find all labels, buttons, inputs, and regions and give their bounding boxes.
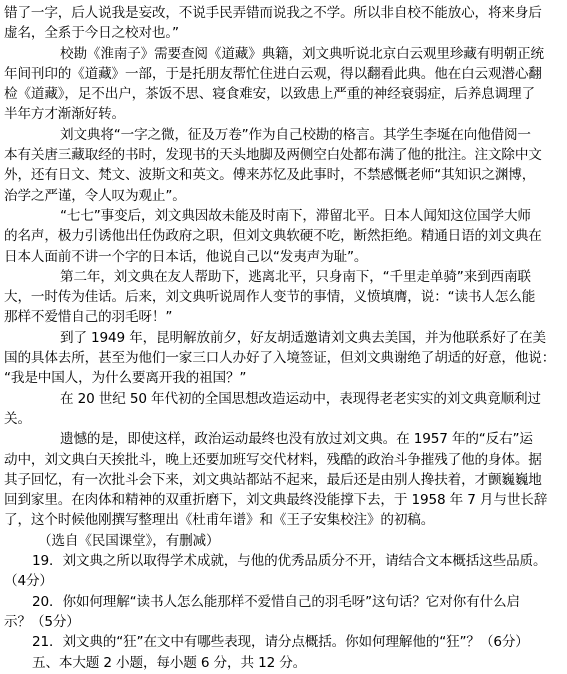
section-5-heading: 五、本大题 2 小题，每小题 6 分，共 12 分。 (4, 653, 563, 673)
passage-line: 大，一时传为佳话。后来，刘文典听说周作人变节的事情，义愤填膺，说：“读书人怎么能 (4, 287, 563, 307)
paragraph-start: 刘文典将“一字之微，征及万卷”作为自己校勘的格言。其学生李埏在向他借阅一 (4, 125, 563, 145)
passage-line: 虚名，全系于今日之校对也。” (4, 23, 563, 43)
question-19-score: （4分） (4, 571, 563, 591)
paragraph-start: 第二年，刘文典在友人帮助下，逃离北平，只身南下，“千里走单骑”来到西南联 (4, 267, 563, 287)
passage-line: 年间刊印的《道藏》一部，于是托朋友帮忙住进白云观，得以翻看此典。他在白云观潜心翻 (4, 64, 563, 84)
passage-line: 的名声，极力引诱他出任伪政府之职，但刘文典软硬不吃，断然拒绝。精通日语的刘文典在 (4, 226, 563, 246)
paragraph-start: 遗憾的是，即使这样，政治运动最终也没有放过刘文典。在 1957 年的“反右”运 (4, 429, 563, 449)
question-20: 20．你如何理解“读书人怎么能那样不爱惜自己的羽毛呀”这句话？它对你有什么启 (4, 592, 563, 612)
paragraph-start: 校勘《淮南子》需要查阅《道藏》典籍，刘文典听说北京白云观里珍藏有明朝正统 (4, 44, 563, 64)
passage-line: 半年方才渐渐好转。 (4, 104, 563, 124)
passage-line: 治学之严谨，令人叹为观止”。 (4, 186, 563, 206)
paragraph-start: “七七”事变后，刘文典因故未能及时南下，滞留北平。日本人闻知这位国学大师 (4, 206, 563, 226)
passage-line: 动中，刘文典白天挨批斗，晚上还要加班写交代材料，残酷的政治斗争摧残了他的身体。据 (4, 450, 563, 470)
passage-line: “我是中国人，为什么要离开我的祖国？” (4, 368, 563, 388)
question-19: 19．刘文典之所以取得学术成就，与他的优秀品质分不开，请结合文本概括这些品质。 (4, 551, 563, 571)
passage-line: 了，这个时候他刚撰写整理出《杜甫年谱》和《王子安集校注》的初稿。 (4, 510, 563, 530)
passage-line: 外，还有日文、梵文、波斯文和英文。傅来苏忆及此事时，不禁感慨老师“其知识之渊博， (4, 165, 563, 185)
passage-line: 国的具体去所，甚至为他们一家三口人办好了入境签证，但刘文典谢绝了胡适的好意，他说… (4, 348, 563, 368)
passage-line: 日本人面前不讲一个字的日本话，他说自己以“发夷声为耻”。 (4, 247, 563, 267)
passage-line: 其子回忆，有一次批斗会下来，刘文典站都站不起来，最后还是由别人搀扶着，才颤巍巍地 (4, 470, 563, 490)
document-page: 错了一字，后人说我是妄改，不说手民弄错而说我之不学。所以非自校不能放心，将来身后… (0, 0, 567, 673)
passage-line: 本有关唐三藏取经的书时，发现书的天头地脚及两侧空白处都布满了他的批注。注文除中文 (4, 145, 563, 165)
passage-line: 错了一字，后人说我是妄改，不说手民弄错而说我之不学。所以非自校不能放心，将来身后 (4, 3, 563, 23)
passage-line: 那样不爱惜自己的羽毛呀！” (4, 307, 563, 327)
question-20-score: 示？（5分） (4, 612, 563, 632)
passage-line: 关。 (4, 409, 563, 429)
source-citation: （选自《民国课堂》，有删减） (4, 531, 563, 551)
passage-line: 检《道藏》，足不出户，茶饭不思、寝食难安，以致患上严重的神经衰弱症，后养息调理了 (4, 84, 563, 104)
question-21: 21．刘文典的“狂”在文中有哪些表现，请分点概括。你如何理解他的“狂”？（6分） (4, 632, 563, 652)
passage-line: 回到家里。在肉体和精神的双重折磨下，刘文典最终没能撑下去，于 1958 年 7 … (4, 490, 563, 510)
paragraph-start: 到了 1949 年，昆明解放前夕，好友胡适邀请刘文典去美国，并为他联系好了在美 (4, 328, 563, 348)
paragraph-start: 在 20 世纪 50 年代初的全国思想改造运动中，表现得老老实实的刘文典竟顺利过 (4, 389, 563, 409)
